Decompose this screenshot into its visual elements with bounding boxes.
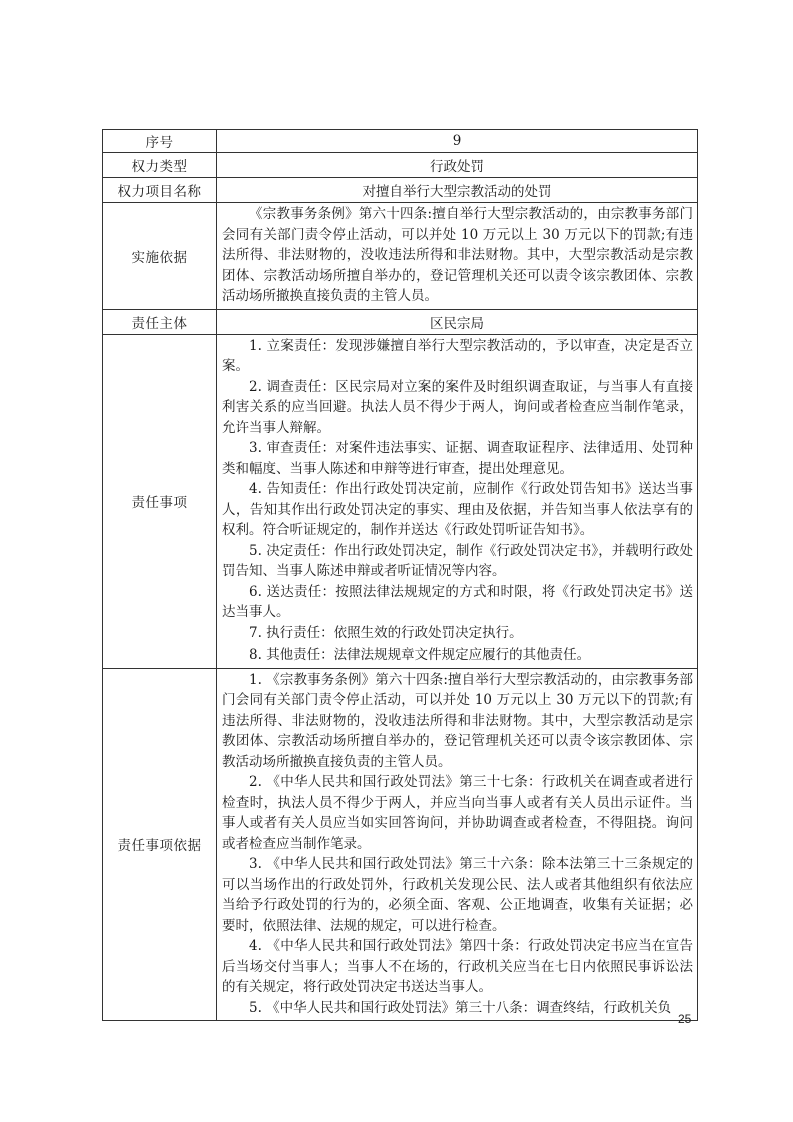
power-item-table: 序号 9 权力类型 行政处罚 权力项目名称 对擅自举行大型宗教活动的处罚 实施依… xyxy=(102,129,698,1021)
responsibility-item: 8. 其他责任：法律法规规章文件规定应履行的其他责任。 xyxy=(217,645,697,666)
legal-basis-text: 《宗教事务条例》第六十四条:擅自举行大型宗教活动的，由宗教事务部门会同有关部门责… xyxy=(217,204,697,307)
responsibilities-cell: 1. 立案责任：发现涉嫌擅自举行大型宗教活动的，予以审查，决定是否立案。 2. … xyxy=(217,334,698,668)
responsibility-item: 2. 调查责任：区民宗局对立案的案件及时组织调查取证，与当事人有直接利害关系的应… xyxy=(217,377,697,439)
table-row-item-name: 权力项目名称 对擅自举行大型宗教活动的处罚 xyxy=(103,178,698,203)
basis-item: 1. 《宗教事务条例》第六十四条:擅自举行大型宗教活动的，由宗教事务部门会同有关… xyxy=(217,670,697,773)
responsibility-item: 5. 决定责任：作出行政处罚决定，制作《行政处罚决定书》，并载明行政处罚告知、当… xyxy=(217,541,697,582)
responsibility-item: 7. 执行责任：依照生效的行政处罚决定执行。 xyxy=(217,623,697,644)
row-label: 实施依据 xyxy=(103,203,217,310)
serial-number-value: 9 xyxy=(217,130,698,153)
table-row-power-type: 权力类型 行政处罚 xyxy=(103,153,698,178)
row-label: 权力类型 xyxy=(103,153,217,178)
basis-item: 2. 《中华人民共和国行政处罚法》第三十七条：行政机关在调查或者进行检查时，执法… xyxy=(217,772,697,854)
page-number: 25 xyxy=(678,1012,691,1026)
table-row-legal-basis: 实施依据 《宗教事务条例》第六十四条:擅自举行大型宗教活动的，由宗教事务部门会同… xyxy=(103,203,698,310)
row-label: 权力项目名称 xyxy=(103,178,217,203)
responsible-body-value: 区民宗局 xyxy=(217,309,698,334)
power-type-value: 行政处罚 xyxy=(217,153,698,178)
row-label: 责任事项依据 xyxy=(103,668,217,1021)
legal-basis-cell: 《宗教事务条例》第六十四条:擅自举行大型宗教活动的，由宗教事务部门会同有关部门责… xyxy=(217,203,698,310)
responsibility-item: 3. 审查责任：对案件违法事实、证据、调查取证程序、法律适用、处罚种类和幅度、当… xyxy=(217,438,697,479)
responsibility-item: 4. 告知责任：作出行政处罚决定前，应制作《行政处罚告知书》送达当事人，告知其作… xyxy=(217,479,697,541)
row-label: 责任主体 xyxy=(103,309,217,334)
basis-item: 3. 《中华人民共和国行政处罚法》第三十六条：除本法第三十三条规定的可以当场作出… xyxy=(217,854,697,936)
responsibility-basis-cell: 1. 《宗教事务条例》第六十四条:擅自举行大型宗教活动的，由宗教事务部门会同有关… xyxy=(217,668,698,1021)
item-name-value: 对擅自举行大型宗教活动的处罚 xyxy=(217,178,698,203)
table-row-responsible-body: 责任主体 区民宗局 xyxy=(103,309,698,334)
responsibility-item: 6. 送达责任：按照法律法规规定的方式和时限，将《行政处罚决定书》送达当事人。 xyxy=(217,582,697,623)
basis-item: 5. 《中华人民共和国行政处罚法》第三十八条：调查终结，行政机关负 xyxy=(217,998,697,1019)
row-label: 序号 xyxy=(103,130,217,153)
row-label: 责任事项 xyxy=(103,334,217,668)
table-row-responsibilities: 责任事项 1. 立案责任：发现涉嫌擅自举行大型宗教活动的，予以审查，决定是否立案… xyxy=(103,334,698,668)
basis-item: 4. 《中华人民共和国行政处罚法》第四十条：行政处罚决定书应当在宣告后当场交付当… xyxy=(217,936,697,998)
table-row-responsibility-basis: 责任事项依据 1. 《宗教事务条例》第六十四条:擅自举行大型宗教活动的，由宗教事… xyxy=(103,668,698,1021)
responsibility-item: 1. 立案责任：发现涉嫌擅自举行大型宗教活动的，予以审查，决定是否立案。 xyxy=(217,336,697,377)
table-row-serial-number: 序号 9 xyxy=(103,130,698,153)
